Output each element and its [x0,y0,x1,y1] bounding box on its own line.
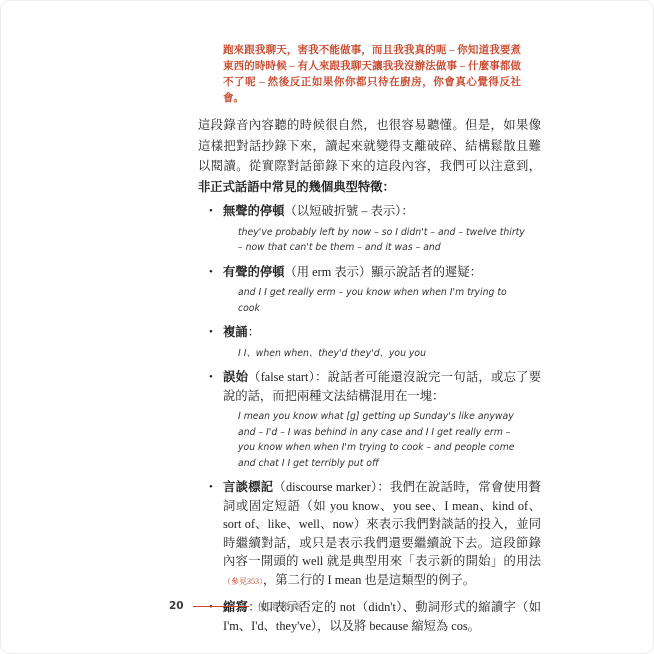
feature-text: 複誦： [223,323,541,342]
bullet-icon: • [209,323,213,342]
bullet-icon: • [209,368,213,387]
section-title: 使用指南 [258,599,304,613]
feature-text: 有聲的停頓（用 erm 表示）顯示說話者的遲疑： [223,263,541,282]
page-number: 20 [169,600,184,612]
feature-text: 言談標記（discourse marker）：我們在說話時，常會使用贅詞或固定短… [223,478,541,591]
example-text: I mean you know what [g] getting up Sund… [238,409,528,471]
feature-item-filled-pause: • 有聲的停頓（用 erm 表示）顯示說話者的遲疑： and I I get r… [198,263,541,317]
cross-reference: （參見353） [223,577,263,586]
intro-paragraph: 這段錄音內容聽的時候很自然，也很容易聽懂。但是，如果像這樣把對話抄錄下來，讀起來… [198,115,541,197]
footer-rule [193,606,249,607]
bullet-icon: • [209,478,213,497]
feature-desc: （以短破折號 – 表示）： [285,204,414,218]
bullet-icon: • [209,263,213,282]
intro-text: 這段錄音內容聽的時候很自然，也很容易聽懂。但是，如果像這樣把對話抄錄下來，讀起來… [198,118,541,173]
feature-item-silent-pause: • 無聲的停頓（以短破折號 – 表示）： they've probably le… [198,202,541,256]
feature-item-false-start: • 誤始（false start）：說話者可能還沒說完一句話，或忘了要說的話，而… [198,368,541,471]
feature-text: 無聲的停頓（以短破折號 – 表示）： [223,202,541,221]
intro-bold-text: 非正式話語中常見的幾個典型特徵： [198,180,395,194]
transcript-quote: 跑來跟我聊天，害我不能做事，而且我我真的呃 – 你知道我要煮東西的時時候 – 有… [223,43,521,107]
feature-item-discourse-marker: • 言談標記（discourse marker）：我們在說話時，常會使用贅詞或固… [198,478,541,591]
bullet-icon: • [209,202,213,221]
feature-desc-continued: ，第二行的 I mean 也是這類型的例子。 [263,573,475,587]
feature-text: 誤始（false start）：說話者可能還沒說完一句話，或忘了要說的話，而把兩… [223,368,541,405]
feature-desc: （false start）：說話者可能還沒說完一句話，或忘了要說的話，而把兩種文… [223,370,541,403]
example-text: I I、when when、they'd they'd、you you [238,346,528,362]
page-content: 跑來跟我聊天，害我不能做事，而且我我真的呃 – 你知道我要煮東西的時時候 – 有… [198,43,541,642]
feature-item-repetition: • 複誦： I I、when when、they'd they'd、you yo… [198,323,541,361]
footer: 20 使用指南 [169,599,304,613]
feature-term: 言談標記 [223,480,273,494]
feature-term: 誤始 [223,370,248,384]
feature-term: 無聲的停頓 [223,204,285,218]
example-text: they've probably left by now – so I didn… [238,225,528,256]
feature-desc: （用 erm 表示）顯示說話者的遲疑： [285,265,482,279]
example-text: and I I get really erm – you know when w… [238,285,528,316]
book-page: 跑來跟我聊天，害我不能做事，而且我我真的呃 – 你知道我要煮東西的時時候 – 有… [0,0,654,654]
feature-term: 有聲的停頓 [223,265,285,279]
feature-desc: ： [248,325,260,339]
feature-term: 複誦 [223,325,248,339]
